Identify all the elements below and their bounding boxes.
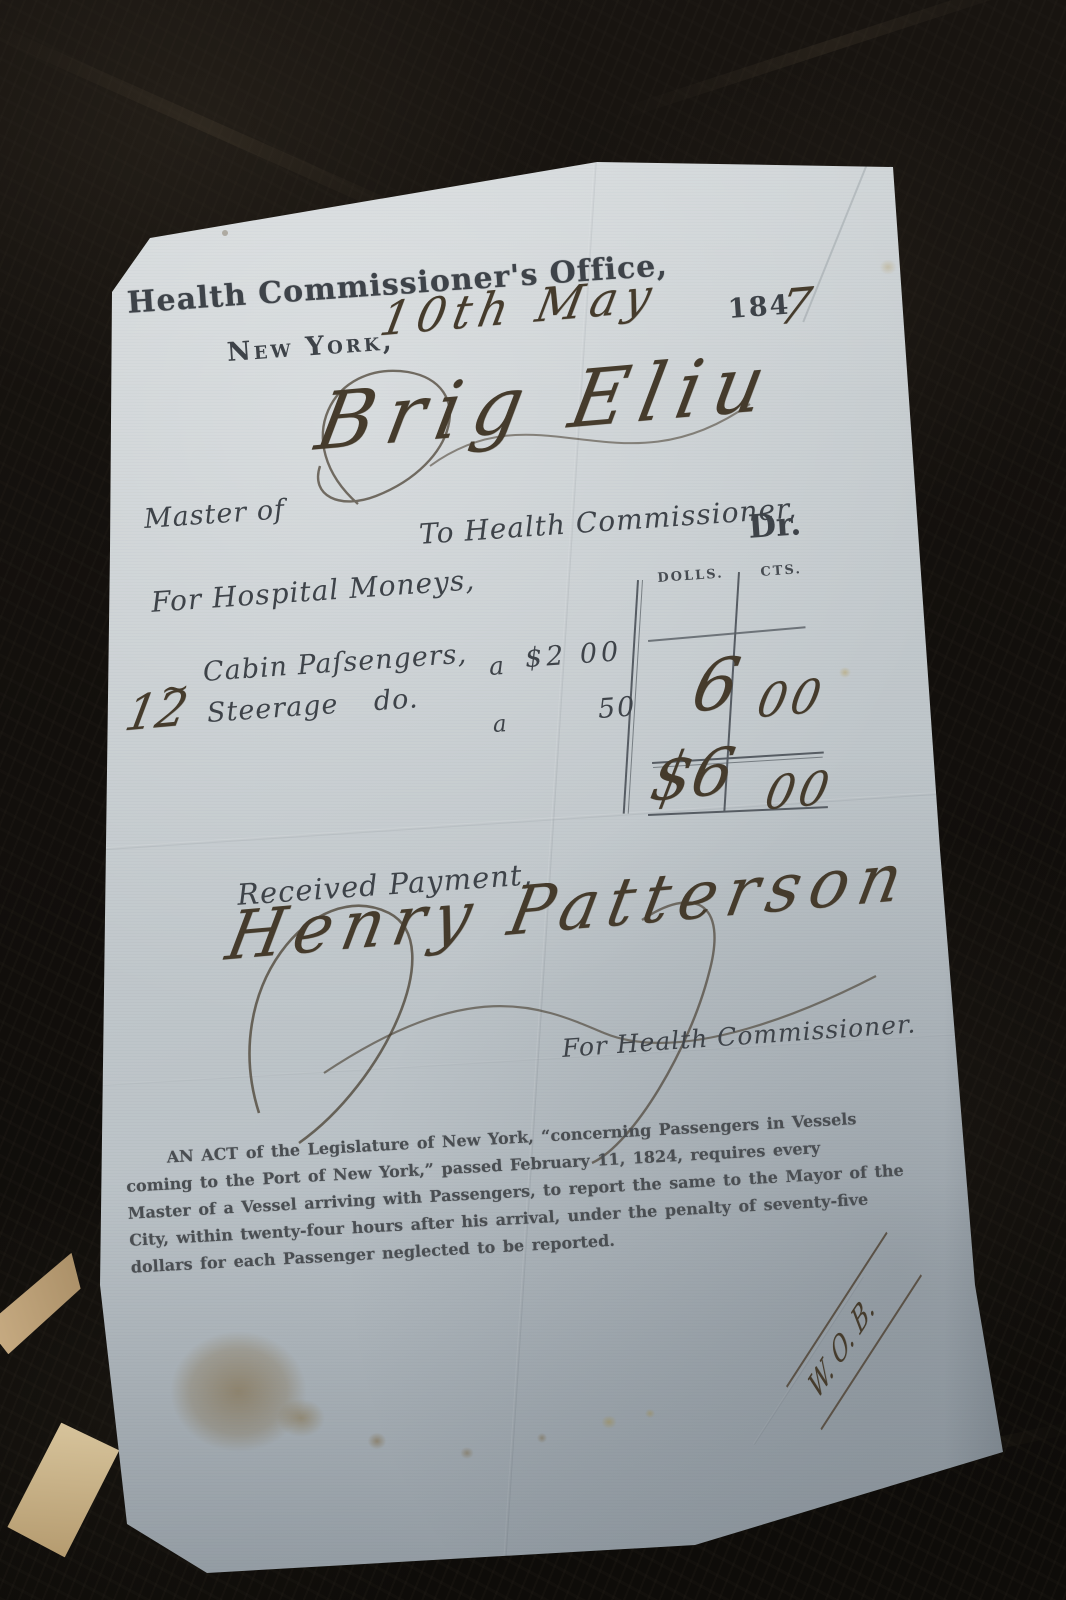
docket-frame: W. O. B.: [786, 1232, 922, 1430]
fabric-wrinkle: [609, 0, 1050, 123]
city-heading: New York,: [226, 326, 395, 368]
steerage-row-label: Steerage do.: [206, 683, 419, 729]
cabin-row-rate: $2 00: [524, 636, 623, 674]
debris-strip: [0, 1253, 100, 1358]
receipt-document: Health Commissioner's Office, New York, …: [66, 146, 1010, 1582]
cabin-row-at: a: [488, 651, 506, 681]
stain-speck: [878, 258, 898, 276]
stain-speck: [536, 1432, 548, 1444]
stain-speck: [459, 1446, 475, 1460]
docket-initials-handwriting: W. O. B.: [790, 1229, 916, 1431]
for-health-commissioner-line: For Health Commissioner.: [561, 1009, 917, 1063]
stain-speck: [600, 1414, 618, 1430]
steerage-amount-dollars: 6: [686, 641, 747, 729]
dr-abbreviation: Dr.: [747, 504, 802, 546]
debris-strip: [4, 1416, 123, 1564]
fold-crease-horizontal: [92, 790, 970, 851]
total-amount-dollars: $6: [645, 734, 741, 817]
signature-handwriting: Henry Patterson: [220, 838, 917, 976]
year-handwritten-digit: 7: [774, 277, 816, 337]
stain-speck: [838, 666, 852, 679]
to-health-commissioner-line: To Health Commissioner,: [418, 492, 798, 551]
cabin-row-label: Cabin Paſsengers,: [202, 639, 468, 688]
steerage-row-quantity: 12: [120, 680, 192, 743]
total-amount-cents: 00: [761, 760, 838, 821]
master-of-label: Master of: [143, 494, 286, 535]
stain-speck: [366, 1431, 388, 1451]
steerage-row-at: a: [492, 711, 508, 738]
steerage-row-rate: 50: [597, 691, 637, 725]
stain-speck: [644, 1408, 656, 1419]
cents-column-header: CTS.: [760, 562, 802, 580]
stain-blotch: [151, 1314, 326, 1469]
hospital-moneys-label: For Hospital Moneys,: [150, 563, 476, 619]
docket-mark: W. O. B.: [754, 1218, 954, 1438]
steerage-amount-cents: 00: [753, 668, 830, 729]
dollars-column-header: DOLLS.: [657, 566, 724, 586]
row-rule: [648, 626, 806, 641]
stain-speck: [222, 230, 228, 236]
photograph: Health Commissioner's Office, New York, …: [0, 0, 1066, 1600]
stain-blotch: [271, 1394, 331, 1442]
